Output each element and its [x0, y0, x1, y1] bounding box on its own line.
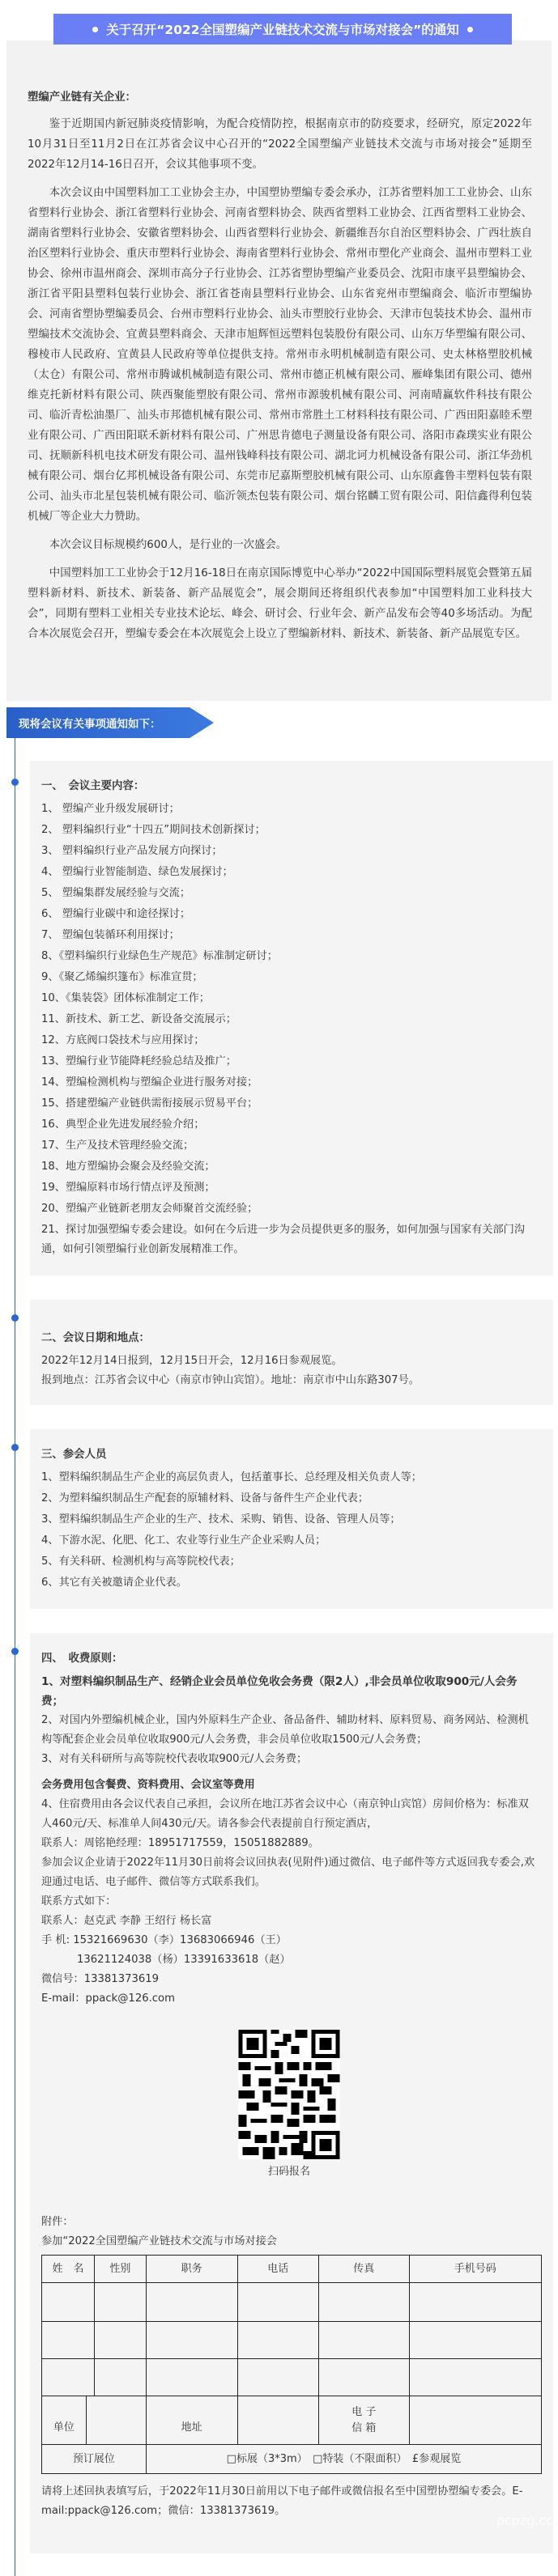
address-label: 地址 [146, 2396, 237, 2445]
list-item: 7、 塑编包装循环利用探讨； [41, 926, 537, 945]
attachment-label: 附件： [41, 2213, 537, 2232]
fee-item-4: 4、住宿费用由各会议代表自己承担，会议所在地江苏省会议中心（南京钟山宾馆）房间价… [41, 1795, 537, 1834]
table-cell[interactable] [94, 2322, 146, 2359]
table-row [42, 2359, 542, 2396]
timeline-dot-icon [11, 1648, 19, 1655]
unit-label: 单位 [42, 2396, 87, 2445]
intro-paragraph: 鉴于近期国内新冠肺炎疫情影响，为配合疫情防控，根据南京市的防疫要求，经研究，原定… [28, 114, 532, 175]
reply-note: 参加会议企业请于2022年11月30日前将会议回执表(见附件)通过微信、电子邮件… [41, 1853, 537, 1892]
list-item: 4、 塑编行业智能制造、绿色发展探讨； [41, 863, 537, 882]
email-input-cell[interactable] [409, 2396, 541, 2445]
notice-header: 现将会议有关事项通知如下： [6, 707, 214, 738]
timeline-dot-icon [11, 779, 19, 786]
table-row [42, 2283, 542, 2322]
section-date-place: 二、会议日期和地点： 2022年12月14日报到，12月15日开会，12月16日… [30, 1300, 553, 1405]
title-banner: 关于召开“2022全国塑编产业链技术交流与市场对接会”的通知 [53, 14, 512, 45]
list-item: 2、 塑料编织行业“十四五”期间技术创新探讨； [41, 821, 537, 840]
bullet-dot-icon [467, 27, 473, 32]
list-item: 18、地方塑编协会聚会及经验交流； [41, 1157, 537, 1177]
column-header: 传真 [318, 2256, 409, 2283]
section-heading: 二、会议日期和地点： [41, 1329, 537, 1348]
list-item: 20、塑编产业链新老朋友会师聚首交流经验； [41, 1199, 537, 1219]
fee-item-1: 1、对塑料编织制品生产、经销企业会员单位免收会务费（限2人）,非会员单位收取90… [41, 1672, 537, 1711]
content-list: 1、 塑编产业升级发展研讨； 2、 塑料编织行业“十四五”期间技术创新探讨； 3… [41, 800, 537, 1259]
section-attendees: 三、参会人员 1、塑料编织制品生产企业的高层负责人，包括董事长、总经理及相关负责… [30, 1429, 553, 1609]
table-cell[interactable] [94, 2359, 146, 2396]
list-item: 11、新技术、新工艺、新设备交流展示； [41, 1010, 537, 1029]
intro-panel: 塑编产业链有关企业： 鉴于近期国内新冠肺炎疫情影响，为配合疫情防控，根据南京市的… [6, 40, 552, 701]
list-item: 1、 塑编产业升级发展研讨； [41, 800, 537, 819]
column-header: 手机号码 [409, 2256, 541, 2283]
table-row-booth: 预订展位 □标展（3*3m） □特装（不限面积） £参观展览 [42, 2445, 542, 2474]
column-header: 电话 [237, 2256, 318, 2283]
email-label-line-1: 电 子 [319, 2404, 409, 2421]
mobile-line-2: 13621124038（杨）13391633618（赵） [41, 1950, 537, 1970]
column-header: 性别 [94, 2256, 146, 2283]
table-row [42, 2322, 542, 2359]
timeline-dot-icon [11, 1444, 19, 1451]
list-item: 12、方底阀口袋技术与应用探讨； [41, 1031, 537, 1050]
fee-item-2: 2、对国内外塑编机械企业，国内外原料生产企业、备品备件、辅助材料、原料贸易、商务… [41, 1711, 537, 1750]
hotel-contact: 联系人：周铭艳经理：18951717559，15051882889。 [41, 1834, 537, 1853]
list-item: 3、 塑料编织行业产品发展方向探讨； [41, 842, 537, 861]
attendees-list: 1、塑料编织制品生产企业的高层负责人，包括董事长、总经理及相关负责人等； 2、为… [41, 1468, 537, 1593]
table-cell[interactable] [409, 2283, 541, 2322]
intro-paragraph: 中国塑料加工工业协会于12月16-18日在南京国际博览中心举办“2022中国国际… [28, 563, 532, 644]
list-item: 10、《集装袋》团体标准制定工作； [41, 989, 537, 1008]
greeting: 塑编产业链有关企业： [28, 87, 532, 108]
contact-title: 联系方式如下： [41, 1892, 537, 1912]
contact-people: 联系人：赵克武 李静 王绍行 杨长富 [41, 1912, 537, 1931]
email-label-line-2: 信 箱 [319, 2421, 409, 2437]
table-cell[interactable] [94, 2283, 146, 2322]
wechat-id: 微信号：13381373619 [41, 1970, 537, 1989]
list-item: 21、探讨加强塑编专委会建设。如何在今后进一步为会员提供更多的服务，如何加强与国… [41, 1220, 537, 1259]
page-title: 关于召开“2022全国塑编产业链技术交流与市场对接会”的通知 [106, 20, 459, 38]
table-cell[interactable] [237, 2283, 318, 2322]
section-heading: 四、 收费原则： [41, 1649, 537, 1669]
registration-form-table: 姓 名 性别 职务 电话 传真 手机号码 单位 地址 [41, 2255, 542, 2474]
intro-paragraph: 本次会议目标规模约600人，是行业的一次盛会。 [28, 535, 532, 555]
table-row-unit: 单位 地址 电 子 信 箱 [42, 2396, 542, 2445]
table-cell[interactable] [146, 2359, 237, 2396]
address-input-cell[interactable] [237, 2396, 318, 2445]
email-label: 电 子 信 箱 [318, 2396, 409, 2445]
list-item: 5、 塑编集群发展经验与交流； [41, 884, 537, 903]
column-header: 姓 名 [42, 2256, 95, 2283]
qr-code-icon[interactable] [238, 2030, 340, 2159]
footer-note: 请将上述回执表填写后，于2022年11月30日前用以下电子邮件或微信报名至中国塑… [41, 2482, 537, 2521]
mobile-line-1: 手 机: 15321669630（李）13683066946（王） [41, 1931, 537, 1950]
date-line: 2022年12月14日报到，12月15日开会，12月16日参观展览。 [41, 1352, 537, 1371]
section-content: 一、 会议主要内容： 1、 塑编产业升级发展研讨； 2、 塑料编织行业“十四五”… [30, 761, 553, 1275]
list-item: 5、有关科研、检测机构与高等院校代表； [41, 1552, 537, 1572]
table-cell[interactable] [237, 2359, 318, 2396]
table-header-row: 姓 名 性别 职务 电话 传真 手机号码 [42, 2256, 542, 2283]
qr-caption: 扫码报名 [41, 2162, 537, 2182]
list-item: 13、塑编行业节能降耗经验总结及推广； [41, 1052, 537, 1072]
unit-input-cell[interactable] [86, 2396, 146, 2445]
list-item: 4、下游水泥、化肥、化工、农业等行业生产企业采购人员； [41, 1531, 537, 1551]
table-cell[interactable] [318, 2322, 409, 2359]
attachment-title: 参加“2022全国塑编产业链技术交流与市场对接会 [41, 2232, 537, 2251]
table-cell[interactable] [146, 2322, 237, 2359]
table-cell[interactable] [318, 2359, 409, 2396]
email-address[interactable]: E-mail：ppack@126.com [41, 1989, 537, 2009]
table-cell[interactable] [409, 2322, 541, 2359]
table-cell[interactable] [42, 2283, 95, 2322]
table-cell[interactable] [318, 2283, 409, 2322]
section-fees: 四、 收费原则： 1、对塑料编织制品生产、经销企业会员单位免收会务费（限2人）,… [30, 1633, 553, 2553]
timeline: 一、 会议主要内容： 1、 塑编产业升级发展研讨； 2、 塑料编织行业“十四五”… [15, 738, 558, 2576]
column-header: 职务 [146, 2256, 237, 2283]
list-item: 6、 塑编行业碳中和途径探讨； [41, 905, 537, 924]
intro-paragraph: 本次会议由中国塑料加工工业协会主办，中国塑协塑编专委会承办，江苏省塑料加工工业协… [28, 183, 532, 527]
list-item: 2、为塑料编织制品生产配套的原辅材料、设备与备件生产企业代表； [41, 1489, 537, 1509]
title-area: 关于召开“2022全国塑编产业链技术交流与市场对接会”的通知 [0, 0, 558, 42]
table-cell[interactable] [42, 2359, 95, 2396]
table-cell[interactable] [42, 2322, 95, 2359]
list-item: 1、塑料编织制品生产企业的高层负责人，包括董事长、总经理及相关负责人等； [41, 1468, 537, 1487]
list-item: 3、塑料编织制品生产企业的生产、技术、采购、销售、设备、管理人员等； [41, 1510, 537, 1530]
section-heading: 一、 会议主要内容： [41, 777, 537, 796]
booth-options[interactable]: □标展（3*3m） □特装（不限面积） £参观展览 [146, 2445, 541, 2474]
table-cell[interactable] [409, 2359, 541, 2396]
place-line: 报到地点：江苏省会议中心（南京市钟山宾馆）。地址：南京市中山东路307号。 [41, 1371, 537, 1390]
list-item: 16、典型企业先进发展经验介绍； [41, 1115, 537, 1135]
fee-included: 会务费用包含餐费、资料费用、会议室等费用 [41, 1776, 537, 1795]
bullet-dot-icon [92, 27, 98, 32]
fee-item-3: 3、对有关科研所与高等院校代表收取900元/人会务费； [41, 1750, 537, 1769]
table-cell[interactable] [237, 2322, 318, 2359]
watermark: pcpzg.cc [496, 2511, 553, 2531]
table-cell[interactable] [146, 2283, 237, 2322]
list-item: 8、《塑料编织行业绿色生产规范》标准制定研讨； [41, 947, 537, 966]
timeline-dot-icon [11, 1314, 19, 1322]
list-item: 15、搭建塑编产业链供需衔接展示贸易平台； [41, 1094, 537, 1114]
section-heading: 三、参会人员 [41, 1445, 537, 1465]
list-item: 14、塑编检测机构与塑编企业进行服务对接； [41, 1073, 537, 1093]
booth-label: 预订展位 [42, 2445, 147, 2474]
list-item: 17、生产及技术管理经验交流； [41, 1136, 537, 1156]
list-item: 19、塑编原料市场行情点评及预测； [41, 1178, 537, 1198]
list-item: 6、其它有关被邀请企业代表。 [41, 1573, 537, 1593]
list-item: 9、《聚乙烯编织篷布》标准宣贯； [41, 968, 537, 987]
